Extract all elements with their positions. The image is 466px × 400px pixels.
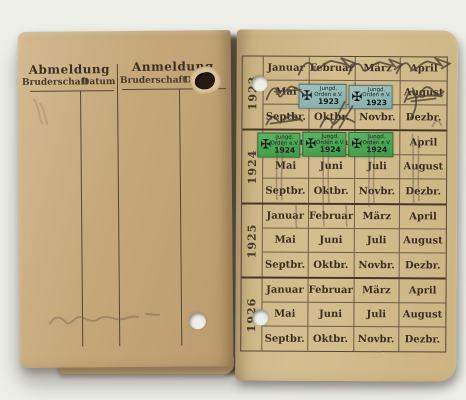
handwriting-signatures bbox=[266, 58, 449, 129]
right-page: 1923 Januar Februar März April Mai Juni … bbox=[235, 29, 458, 381]
photo-of-membership-booklet: Abmeldung Anmeldung Bruderschaft Datum B… bbox=[0, 0, 466, 400]
right-page-handwriting-overlay bbox=[235, 29, 458, 381]
faint-smudge bbox=[34, 100, 47, 124]
left-page-pencil-marks bbox=[18, 30, 234, 368]
pencil-crossout-strokes bbox=[276, 120, 442, 228]
bleedthrough-handwriting bbox=[50, 314, 159, 324]
left-page: Abmeldung Anmeldung Bruderschaft Datum B… bbox=[18, 30, 234, 368]
